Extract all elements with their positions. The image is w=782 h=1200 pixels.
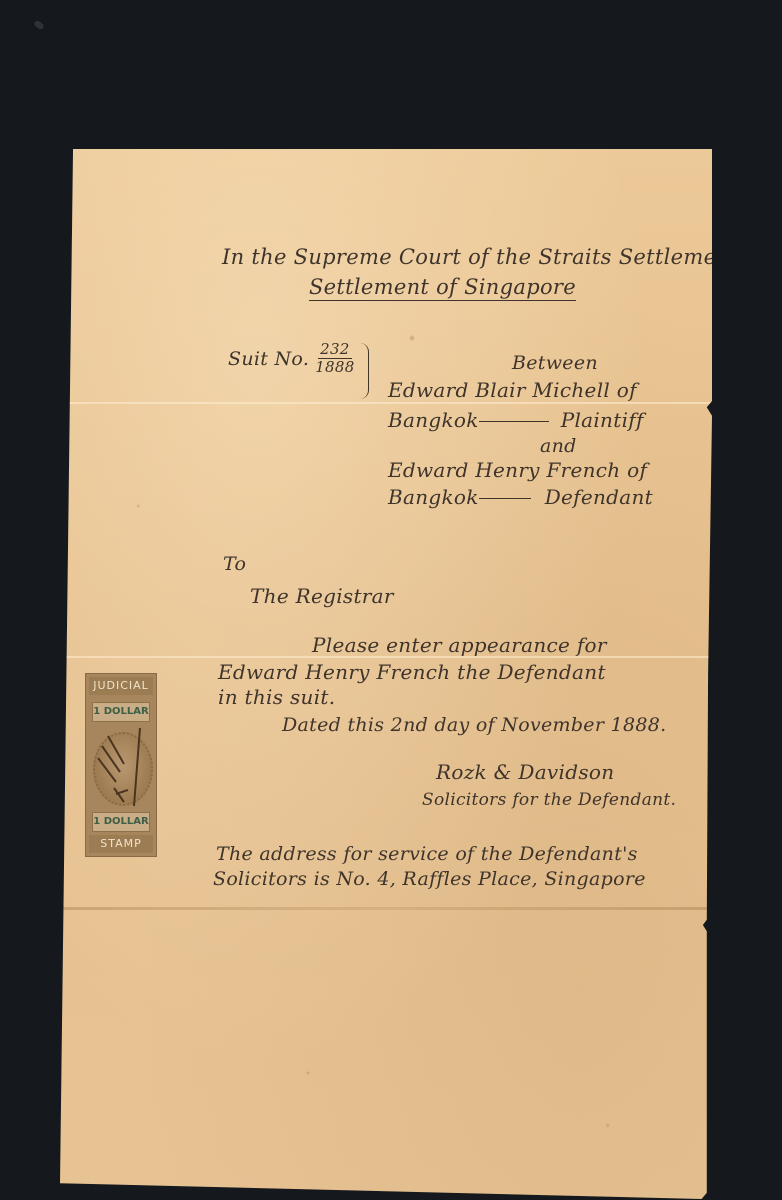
between-label: Between bbox=[512, 352, 598, 374]
backdrop-speck bbox=[33, 20, 45, 31]
signature: Rozk & Davidson bbox=[436, 760, 614, 784]
signature-role: Solicitors for the Defendant. bbox=[422, 790, 676, 810]
body-line-1: Please enter appearance for bbox=[312, 633, 607, 657]
cancellation-mark-icon bbox=[94, 724, 152, 808]
defendant-name: Edward Henry French of bbox=[388, 458, 647, 482]
suit-number-value: 232 bbox=[318, 341, 352, 359]
suit-number: Suit No. 232 1888 bbox=[228, 341, 355, 376]
stamp-value-top: 1 DOLLAR bbox=[92, 702, 150, 722]
fold-line bbox=[60, 907, 712, 910]
suit-fraction: 232 1888 bbox=[315, 341, 354, 376]
body-line-2: Edward Henry French the Defendant bbox=[218, 660, 606, 684]
plaintiff-role: Plaintiff bbox=[561, 408, 644, 432]
stamp-value-bottom: 1 DOLLAR bbox=[92, 812, 150, 832]
suit-year: 1888 bbox=[315, 359, 354, 376]
plaintiff-place: BangkokPlaintiff bbox=[388, 408, 644, 432]
addressee: The Registrar bbox=[250, 584, 394, 608]
plaintiff-name: Edward Blair Michell of bbox=[388, 378, 637, 402]
address-line-1: The address for service of the Defendant… bbox=[216, 843, 638, 865]
settlement-heading: Settlement of Singapore bbox=[309, 275, 576, 301]
and-label: and bbox=[540, 435, 577, 457]
judicial-stamp: JUDICIAL 1 DOLLAR 1 DOLLAR STAMP bbox=[85, 673, 157, 857]
defendant-role: Defendant bbox=[545, 485, 653, 509]
document-sheet: In the Supreme Court of the Straits Sett… bbox=[60, 149, 712, 1199]
stamp-bottom-label: STAMP bbox=[89, 835, 153, 853]
to-label: To bbox=[223, 553, 246, 575]
address-line-2: Solicitors is No. 4, Raffles Place, Sing… bbox=[213, 868, 646, 890]
body-line-3: in this suit. bbox=[218, 685, 335, 709]
dated-line: Dated this 2nd day of November 1888. bbox=[282, 714, 666, 736]
brace bbox=[360, 343, 369, 399]
court-heading: In the Supreme Court of the Straits Sett… bbox=[222, 245, 750, 269]
fold-line bbox=[60, 402, 712, 404]
suit-label: Suit No. bbox=[228, 348, 309, 370]
defendant-place: BangkokDefendant bbox=[388, 485, 653, 509]
stamp-top-label: JUDICIAL bbox=[89, 677, 153, 695]
